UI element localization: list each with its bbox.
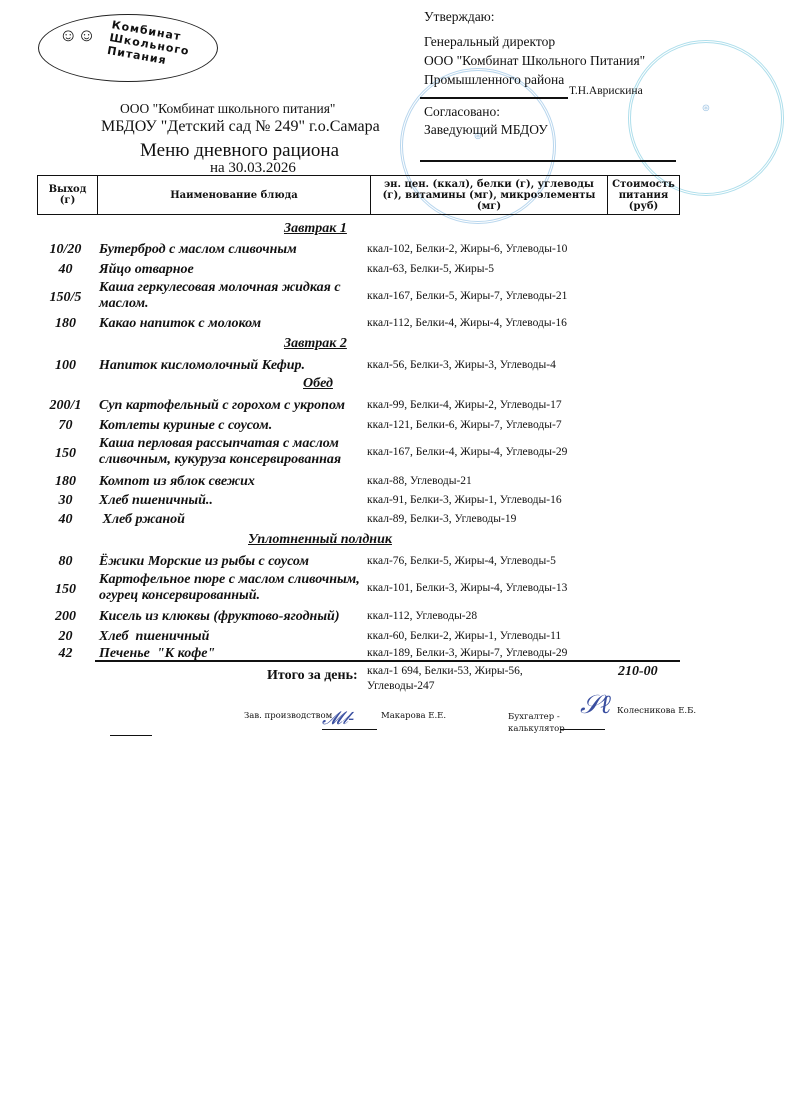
- qty: 180: [37, 474, 94, 490]
- nutrition: ккал-102, Белки-2, Жиры-6, Углеводы-10: [367, 242, 617, 256]
- dish-name: Хлеб пшеничный: [99, 629, 369, 645]
- accountant-signature-icon: 𝒮ℓ: [580, 690, 611, 721]
- qty: 180: [37, 316, 94, 332]
- nutrition: ккал-101, Белки-3, Жиры-4, Углеводы-13: [367, 581, 617, 595]
- approver-signature-line: [420, 97, 568, 99]
- qty: 150: [37, 582, 94, 598]
- agreed-signature-line: [420, 160, 676, 162]
- nutrition: ккал-112, Углеводы-28: [367, 609, 617, 623]
- institution-name: МБДОУ "Детский сад № 249" г.о.Самара: [101, 118, 380, 136]
- qty: 20: [37, 629, 94, 645]
- accountant-name: Колесникова Е.Б.: [617, 706, 696, 716]
- dish-name: Кисель из клюквы (фруктово-ягодный): [99, 609, 379, 625]
- total-nutrition: ккал-1 694, Белки-53, Жиры-56, Углеводы-…: [367, 664, 567, 694]
- dish-name: Картофельное пюре с маслом сливочным, ог…: [99, 572, 369, 604]
- qty: 40: [37, 262, 94, 278]
- production-signature-line: [322, 729, 377, 730]
- nutrition: ккал-60, Белки-2, Жиры-1, Углеводы-11: [367, 629, 617, 643]
- qty: 40: [37, 512, 94, 528]
- column-header-qty: Выход (г): [38, 176, 98, 215]
- logo-text: Комбинат Школьного Питания: [106, 18, 193, 70]
- section-title: Завтрак 2: [284, 336, 347, 352]
- qty: 150/5: [37, 290, 94, 306]
- approver-position-1: Генеральный директор: [424, 34, 645, 50]
- agreed-block: Согласовано: Заведующий МБДОУ: [424, 103, 548, 139]
- dish-name: Каша геркулесовая молочная жидкая с масл…: [99, 280, 369, 312]
- approval-block: Утверждаю: Генеральный директор ООО "Ком…: [424, 9, 645, 91]
- qty: 80: [37, 554, 94, 570]
- qty: 100: [37, 358, 94, 374]
- organization-name: ООО "Комбинат школьного питания": [120, 101, 335, 117]
- dish-name: Яйцо отварное: [99, 262, 369, 278]
- qty: 200: [37, 609, 94, 625]
- dish-name: Хлеб пшеничный..: [99, 493, 369, 509]
- agreed-position: Заведующий МБДОУ: [424, 121, 548, 139]
- nutrition: ккал-56, Белки-3, Жиры-3, Углеводы-4: [367, 358, 617, 372]
- qty: 42: [37, 646, 94, 662]
- accountant-signature-line: [560, 729, 605, 730]
- nutrition: ккал-89, Белки-3, Углеводы-19: [367, 512, 617, 526]
- blank-signature-line: [110, 735, 152, 736]
- section-title: Обед: [303, 376, 333, 392]
- production-manager-label: Зав. производством: [244, 711, 332, 721]
- stamp-circle-cyan: ⊛: [628, 40, 784, 196]
- production-manager-name: Макарова Е.Е.: [381, 711, 446, 721]
- nutrition: ккал-91, Белки-3, Жиры-1, Углеводы-16: [367, 493, 617, 507]
- nutrition: ккал-99, Белки-4, Жиры-2, Углеводы-17: [367, 398, 617, 412]
- qty: 150: [37, 446, 94, 462]
- column-header-cost: Стоимость питания (руб): [608, 176, 680, 215]
- dish-name: Котлеты куриные с соусом.: [99, 418, 369, 434]
- dish-name: Напиток кисломолочный Кефир.: [99, 358, 369, 374]
- page-title: Меню дневного рациона: [140, 140, 339, 162]
- accountant-label: Бухгалтер - калькулятор: [508, 711, 565, 735]
- dish-name: Какао напиток с молоком: [99, 316, 369, 332]
- dish-name: Бутерброд с маслом сливочным: [99, 242, 369, 258]
- approver-position-2: ООО "Комбинат Школьного Питания": [424, 53, 645, 69]
- total-label: Итого за день:: [267, 668, 358, 684]
- children-faces-icon: ☺☺: [59, 25, 96, 46]
- company-logo: ☺☺ Комбинат Школьного Питания: [38, 14, 218, 82]
- dish-name: Каша перловая рассыпчатая с маслом сливо…: [99, 436, 369, 468]
- qty: 10/20: [37, 242, 94, 258]
- dish-name: Компот из яблок свежих: [99, 474, 369, 490]
- nutrition: ккал-112, Белки-4, Жиры-4, Углеводы-16: [367, 316, 617, 330]
- nutrition: ккал-189, Белки-3, Жиры-7, Углеводы-29: [367, 646, 617, 660]
- qty: 30: [37, 493, 94, 509]
- dish-name: Суп картофельный с горохом с укропом: [99, 398, 379, 414]
- nutrition: ккал-121, Белки-6, Жиры-7, Углеводы-7: [367, 418, 617, 432]
- section-title: Завтрак 1: [284, 221, 347, 237]
- agreed-label: Согласовано:: [424, 103, 548, 121]
- nutrition: ккал-63, Белки-5, Жиры-5: [367, 262, 617, 276]
- production-signature-icon: 𝓜𝓁-: [322, 708, 354, 729]
- section-title: Уплотненный полдник: [248, 532, 392, 548]
- qty: 70: [37, 418, 94, 434]
- nutrition: ккал-76, Белки-5, Жиры-4, Углеводы-5: [367, 554, 617, 568]
- dish-name: Ёжики Морские из рыбы с соусом: [99, 554, 369, 570]
- stamp-icon: ⊛: [631, 103, 781, 114]
- nutrition: ккал-167, Белки-4, Жиры-4, Углеводы-29: [367, 445, 617, 459]
- menu-table-header: Выход (г) Наименование блюда эн. цен. (к…: [37, 175, 680, 215]
- approver-name: Т.Н.Аврискина: [569, 85, 643, 97]
- nutrition: ккал-88, Углеводы-21: [367, 474, 617, 488]
- dish-name: Хлеб ржаной: [99, 512, 369, 528]
- qty: 200/1: [37, 398, 94, 414]
- approval-label: Утверждаю:: [424, 9, 645, 25]
- total-cost: 210-00: [618, 664, 658, 680]
- nutrition: ккал-167, Белки-5, Жиры-7, Углеводы-21: [367, 289, 617, 303]
- table-bottom-rule: [95, 660, 680, 662]
- column-header-nutrition: эн. цен. (ккал), белки (г), углеводы (г)…: [371, 176, 608, 215]
- column-header-dish: Наименование блюда: [98, 176, 371, 215]
